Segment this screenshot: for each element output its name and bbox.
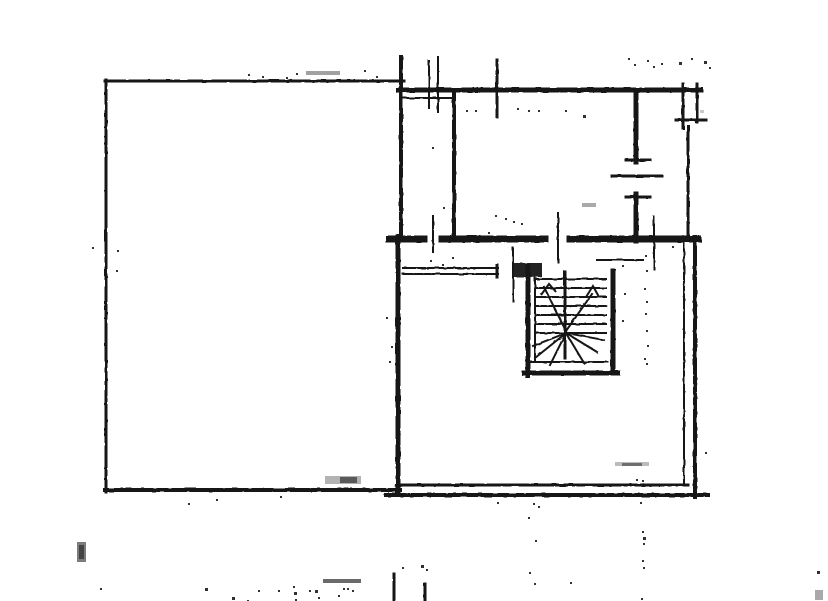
floor-plan-canvas — [0, 0, 828, 601]
scanned-floorplan-page — [0, 0, 828, 601]
smudges-layer — [77, 71, 823, 600]
ticks-layer — [394, 57, 706, 601]
walls-layer — [105, 57, 708, 497]
